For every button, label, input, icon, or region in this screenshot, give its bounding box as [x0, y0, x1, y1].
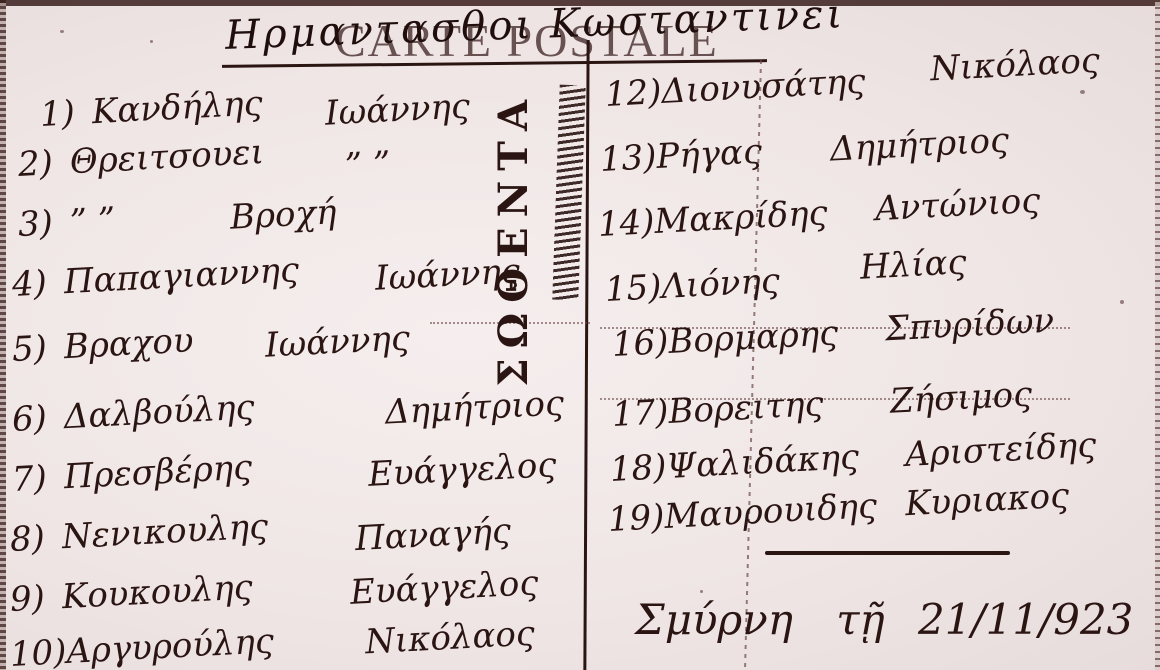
postcard-scan: CARTE POSTALE Ηρμαντασθοι Κωσταντινει 1)… — [0, 0, 1160, 670]
entry-number: 6) — [11, 397, 65, 440]
entry-number: 17) — [611, 392, 670, 435]
entry-given-name: Ευάγγελος — [349, 563, 539, 613]
vertical-annotation: ΣΩΘΕΝΤΑ — [490, 90, 537, 387]
date-value: 21/11/923 — [918, 595, 1133, 644]
entry-surname: Αργυρούλης — [65, 621, 274, 670]
entry-surname: Βραχου — [63, 321, 195, 368]
entry-surname: Κουκουλης — [61, 567, 254, 617]
ink-speck — [1120, 300, 1124, 304]
entry-number: 13) — [599, 137, 658, 180]
entry-given-name: Αριστείδης — [904, 425, 1097, 475]
date-prefix: τῇ — [836, 595, 884, 644]
card-left-edge — [0, 0, 6, 670]
list-item: 1)Κανδήλης — [39, 81, 304, 135]
entry-number: 7) — [11, 457, 65, 500]
list-item: 3)” ” — [17, 198, 156, 245]
entry-surname: Λιόνης — [660, 261, 780, 307]
list-item: 8)Νενικουλης — [9, 504, 309, 560]
entry-surname: Μακρίδης — [653, 193, 828, 242]
entry-number: 16) — [611, 322, 670, 365]
entry-given-name: Ευάγγελος — [367, 445, 557, 495]
entry-given-name: Δημήτριος — [384, 383, 565, 432]
entry-given-name: Σπυρίδων — [884, 301, 1055, 350]
entry-given-name: Κυριακος — [904, 476, 1070, 525]
list-item: 10)Αργυρούλης — [9, 619, 315, 670]
entry-surname: Ψαλιδάκης — [665, 437, 860, 487]
closing-rule — [765, 551, 1010, 555]
list-item: 9)Κουκουλης — [9, 565, 294, 620]
entry-number: 2) — [17, 142, 71, 185]
entry-number: 10) — [9, 632, 68, 670]
entry-given-name: Ζήσιμος — [889, 374, 1033, 421]
entry-given-name: Βροχή — [229, 192, 337, 238]
card-right-edge — [1155, 0, 1160, 670]
entry-surname: Κανδήλης — [91, 83, 264, 132]
ink-speck — [700, 590, 703, 593]
list-item: 2)Θρειτσουει — [17, 130, 305, 185]
list-item: 17)Βορειτης — [611, 382, 865, 435]
entry-surname: Ρήγας — [655, 132, 763, 177]
place-and-date: Σμύρνη τῇ 21/11/923 — [635, 595, 1133, 644]
entry-number: 3) — [17, 202, 71, 245]
entry-surname: Διονυσάτης — [660, 61, 866, 112]
list-item: 4)Παπαγιαννης — [11, 248, 340, 305]
entry-surname: ” ” — [69, 200, 117, 242]
list-item: 14)Μακρίδης — [597, 191, 869, 245]
list-item: 13)Ρήγας — [599, 129, 803, 180]
list-item: 12)Διονυσάτης — [604, 59, 906, 115]
list-item: 7)Πρεσβέρης — [11, 445, 293, 500]
center-divider-line — [583, 40, 589, 670]
entry-number: 9) — [9, 577, 63, 620]
entry-given-name: Ιωάννης — [324, 86, 471, 134]
entry-number: 19) — [607, 497, 666, 540]
ink-speck — [150, 40, 153, 43]
entry-number: 8) — [9, 517, 63, 560]
entry-given-name: ” ” — [344, 144, 392, 186]
entry-surname: Βορμαρης — [667, 313, 839, 362]
entry-given-name: Παναγής — [354, 511, 512, 559]
entry-number: 18) — [609, 447, 668, 490]
entry-number: 5) — [11, 327, 65, 370]
scribbled-signature — [552, 85, 585, 301]
list-item: 16)Βορμαρης — [611, 311, 879, 365]
list-item: 6)Δαλβούλης — [11, 385, 296, 440]
entry-surname: Βορειτης — [667, 384, 824, 432]
entry-given-name: Νικόλαος — [364, 614, 536, 663]
list-item: 19)Μαυρουιδης — [607, 484, 918, 540]
entry-surname: Πρεσβέρης — [63, 447, 253, 497]
entry-surname: Παπαγιαννης — [63, 250, 300, 302]
entry-surname: Νενικουλης — [61, 507, 269, 558]
entry-given-name: Αντώνιος — [874, 181, 1041, 230]
entry-number: 1) — [39, 92, 93, 135]
ink-speck — [60, 30, 64, 33]
list-item: 18)Ψαλιδάκης — [609, 435, 900, 490]
entry-number: 4) — [11, 262, 65, 305]
entry-surname: Δαλβούλης — [63, 387, 256, 437]
place-name: Σμύρνη — [635, 595, 793, 644]
entry-given-name: Ηλίας — [859, 242, 967, 288]
entry-given-name: Ιωάννης — [264, 318, 411, 366]
entry-given-name: Δημήτριος — [829, 120, 1010, 169]
entry-surname: Θρειτσουει — [69, 132, 265, 182]
entry-number: 15) — [604, 267, 663, 310]
ink-speck — [1080, 90, 1085, 94]
entry-number: 12) — [604, 72, 663, 115]
list-item: 5)Βραχου — [11, 318, 234, 370]
entry-surname: Μαυρουιδης — [663, 486, 878, 537]
list-item: 15)Λιόνης — [604, 259, 821, 310]
entry-number: 14) — [597, 202, 656, 245]
entry-given-name: Νικόλαος — [929, 41, 1101, 90]
